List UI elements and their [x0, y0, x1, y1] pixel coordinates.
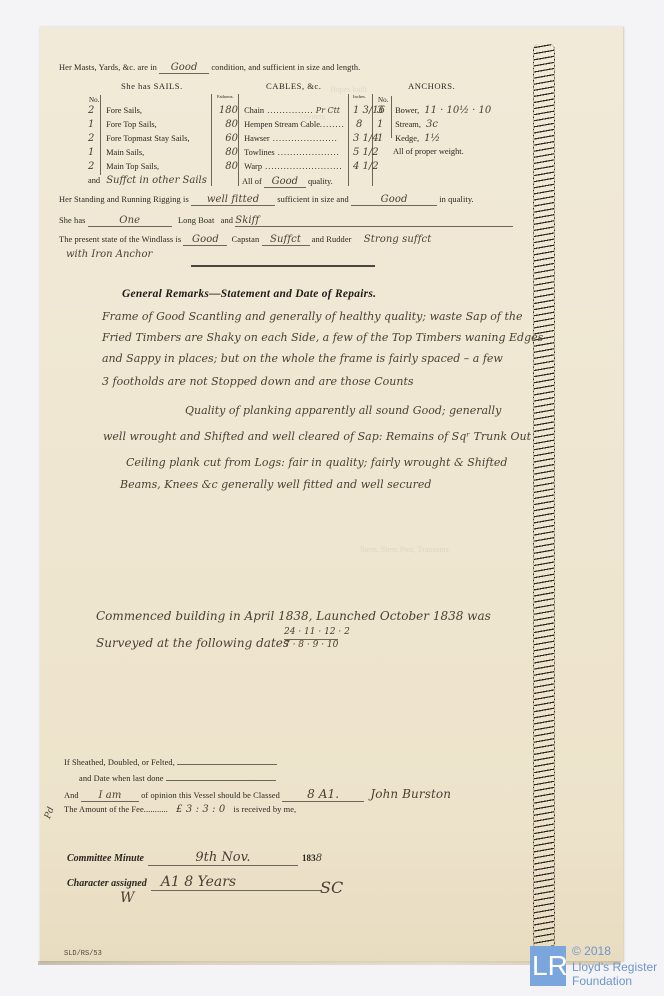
sails-and-line: and Suffct in other Sails [88, 175, 207, 186]
section-divider [191, 265, 375, 267]
bleed-through-text: Hopes built [330, 85, 367, 94]
building-line: Surveyed at the following dates [96, 636, 289, 650]
anchor-row: 1 Stream, 3c [377, 119, 438, 130]
remarks-line: 3 footholds are not Stopped down and are… [102, 375, 414, 388]
initials-left: W [120, 890, 134, 906]
remarks-line: Ceiling plank cut from Logs: fair in qua… [126, 456, 507, 469]
date-last-done-field [166, 772, 276, 781]
rigging-line: Her Standing and Running Rigging is well… [59, 194, 474, 206]
boats-value-2: Skiff [235, 215, 513, 227]
fee-line: The Amount of the Fee........... £ 3 : 3… [64, 804, 296, 815]
sails-heading: She has SAILS. [121, 81, 183, 91]
initials-right: SC [320, 878, 343, 897]
sheathed-line: If Sheathed, Doubled, or Felted, [64, 756, 277, 767]
survey-dates-top: 24 · 11 · 12 · 2 [284, 627, 350, 637]
building-line: Commenced building in April 1838, Launch… [96, 609, 491, 623]
character-value: A1 8 Years [151, 874, 321, 891]
anchors-heading: ANCHORS. [408, 81, 455, 91]
windlass-line: The present state of the Windlass is Goo… [59, 234, 431, 246]
sail-row: 1 Fore Top Sails, [88, 119, 157, 130]
boats-value-1: One [88, 215, 172, 227]
classification-line: And I am of opinion this Vessel should b… [64, 787, 451, 802]
masts-line: Her Masts, Yards, &c. are in Good condit… [59, 62, 360, 74]
remarks-line: Beams, Knees &c generally well fitted an… [120, 478, 431, 491]
sail-row: 2 Fore Sails, [88, 105, 142, 116]
copyright-text: © 2018 [572, 944, 611, 958]
cable-row: 80 Towlines .................... 5 1/2 [216, 147, 340, 158]
character-line: Character assigned A1 8 Years [67, 873, 321, 891]
cable-row: 180 Chain ............... Pr Ctt 1 3/16 [216, 105, 340, 116]
cable-row: 80 Warp ......................... 4 1/2 [216, 161, 342, 172]
remarks-line: and Sappy in places; but on the whole th… [102, 352, 503, 365]
cable-row: 80 Hempen Stream Cable........ 8 [216, 119, 345, 130]
remarks-line: well wrought and Shifted and well cleare… [103, 430, 531, 443]
remarks-line: Fried Timbers are Shaky on each Side, a … [102, 331, 543, 344]
fee-value: £ 3 : 3 : 0 [176, 804, 225, 815]
opinion-value: I am [81, 790, 139, 802]
masts-value: Good [159, 62, 209, 74]
sail-row: 2 Main Top Sails, [88, 161, 159, 172]
table-rule [348, 94, 349, 186]
rigging-value-2: Good [351, 194, 437, 206]
boats-line: She has One Long Boat and Skiff [59, 215, 513, 227]
logo-letters: LR [532, 946, 568, 986]
org-name-line2: Foundation [572, 974, 632, 988]
class-value: 8 A1. [282, 787, 364, 802]
cables-heading: CABLES, &c. [266, 81, 321, 91]
table-rule [391, 96, 392, 138]
anchors-no-label: No. [378, 96, 389, 104]
remarks-heading: General Remarks—Statement and Date of Re… [122, 288, 376, 300]
rudder-value: Strong suffct [364, 234, 432, 245]
windlass-continuation: with Iron Anchor [66, 249, 152, 260]
bleed-through-text: Stern, Stern Post, Transoms [360, 545, 449, 554]
anchors-note: All of proper weight. [393, 147, 464, 156]
remarks-line: Frame of Good Scantling and generally of… [102, 310, 522, 323]
sails-no-label: No. [89, 96, 100, 104]
archive-reference: SLD/RS/53 [64, 950, 102, 958]
ornamental-chain-border [533, 44, 555, 949]
anchor-row: 3 Bower, 11 · 10½ · 10 [377, 105, 491, 116]
lloyds-register-logo: LR [530, 946, 566, 986]
org-name-line1: Lloyd’s Register [572, 960, 657, 974]
windlass-value: Good [183, 234, 227, 246]
sail-row: 2 Fore Topmast Stay Sails, [88, 133, 190, 144]
table-rule [211, 94, 212, 186]
survey-dates-bottom: 7 · 8 · 9 · 10 [284, 639, 338, 650]
masts-prefix: Her Masts, Yards, &c. are in [59, 63, 157, 72]
cables-all-of-line: All of Good quality. [242, 176, 333, 188]
anchor-row: 1 Kedge, 1½ [377, 133, 440, 144]
sheathed-field [177, 756, 277, 765]
rigging-value-1: well fitted [191, 194, 275, 206]
fathoms-label: Fathoms. [217, 94, 234, 99]
masts-suffix: condition, and sufficient in size and le… [211, 63, 360, 72]
committee-minute-line: Committee Minute 9th Nov. 1838 [67, 848, 322, 866]
cable-row: 60 Hawser ..................... 3 1/4 [216, 133, 338, 144]
surveyor-signature: John Burston [370, 787, 451, 801]
capstan-value: Suffct [262, 234, 310, 246]
sail-row: 1 Main Sails, [88, 147, 144, 158]
remarks-line: Quality of planking apparently all sound… [185, 404, 501, 417]
committee-minute-value: 9th Nov. [148, 850, 298, 866]
inches-label: Inches. [353, 94, 366, 99]
date-last-done-line: and Date when last done [79, 772, 276, 783]
